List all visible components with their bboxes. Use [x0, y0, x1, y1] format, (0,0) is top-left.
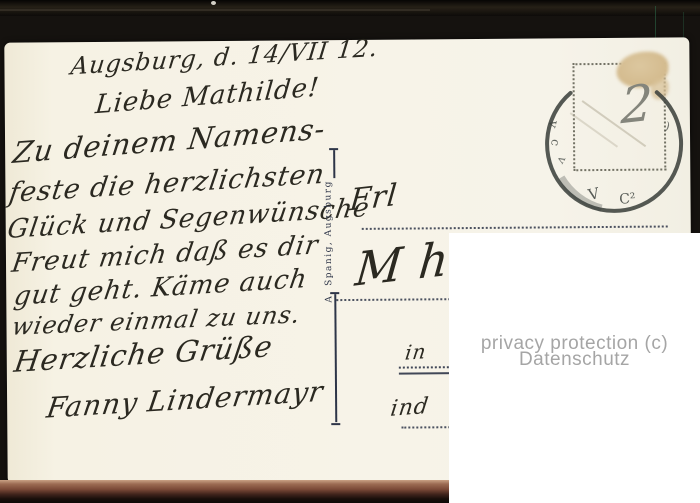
- divider-line: [333, 150, 335, 178]
- handwritten-signature: Fanny Lindermayr: [45, 378, 326, 423]
- address-handwriting: M h: [353, 235, 451, 292]
- postcard-scan: Augsburg, d. 14/VII 12. Liebe Mathilde! …: [0, 0, 700, 503]
- scanner-highlight-streak: [0, 9, 430, 11]
- dust-speck: [211, 1, 216, 5]
- publisher-imprint: A. Spanig, Augsburg: [323, 180, 344, 292]
- divider-tick: [331, 423, 340, 425]
- address-handwriting: Frl: [348, 181, 398, 217]
- postmark-letter: ɔ: [546, 138, 561, 147]
- divider-line: [334, 294, 337, 422]
- address-line-2: [336, 298, 466, 301]
- message-line: Zu deinem Namens-: [11, 114, 327, 168]
- scanner-frame-top: [0, 0, 700, 16]
- privacy-overlay-line2: Datenschutz: [449, 352, 700, 368]
- handwritten-dateline: Augsburg, d. 14/VII 12.: [70, 36, 380, 79]
- postmark-letter: ʌ: [552, 153, 568, 167]
- postmark-letter: C²: [619, 191, 637, 208]
- privacy-overlay: privacy protection (c) Datenschutz: [449, 233, 700, 503]
- postmark: ʌ ɔ ʌ V C² ): [541, 71, 688, 218]
- publisher-imprint-text: A. Spanig, Augsburg: [323, 180, 334, 303]
- postmark-letter: ): [663, 119, 672, 134]
- address-handwriting: ind: [389, 396, 430, 421]
- address-line-1: [362, 225, 668, 229]
- postmark-ring: [547, 92, 682, 211]
- handwritten-salutation: Liebe Mathilde!: [94, 75, 321, 119]
- privacy-overlay-text: privacy protection (c) Datenschutz: [449, 336, 700, 368]
- address-handwriting: in: [404, 341, 428, 363]
